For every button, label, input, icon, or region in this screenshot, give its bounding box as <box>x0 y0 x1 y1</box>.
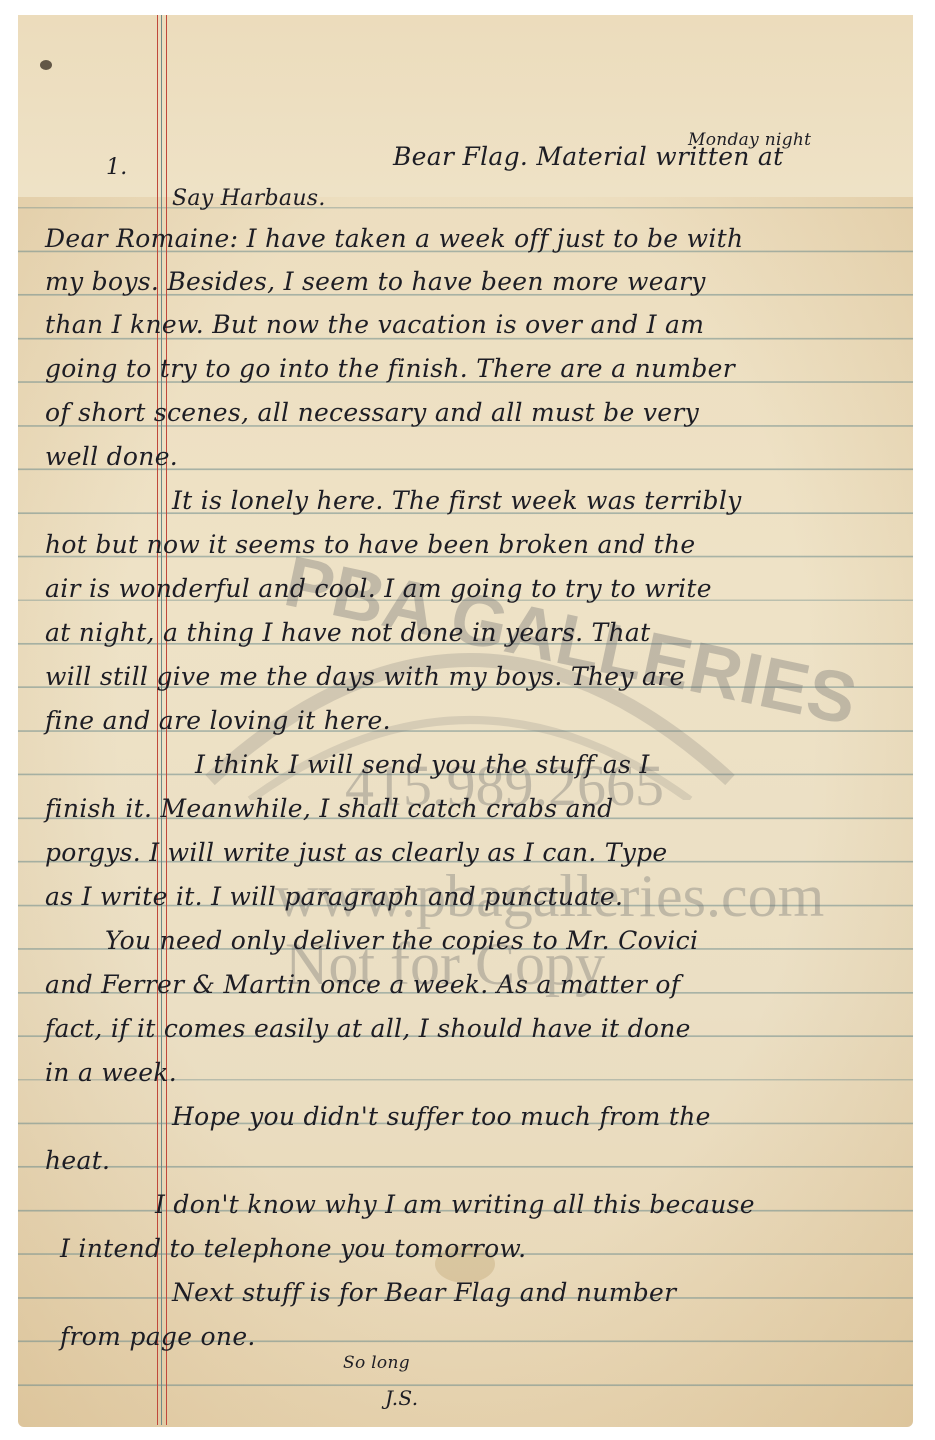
header-interlinear-note: Monday night <box>688 132 811 149</box>
letter-line: fact, if it comes easily at all, I shoul… <box>45 1016 691 1041</box>
letter-line: You need only deliver the copies to Mr. … <box>105 928 698 953</box>
letter-line: I don't know why I am writing all this b… <box>155 1192 755 1217</box>
letter-line: hot but now it seems to have been broken… <box>45 532 695 557</box>
letter-line: I intend to telephone you tomorrow. <box>60 1236 526 1261</box>
letter-line: well done. <box>45 444 178 469</box>
letter-line: than I knew. But now the vacation is ove… <box>45 312 704 337</box>
letter-line: from page one. <box>60 1324 256 1349</box>
letter-line: as I write it. I will paragraph and punc… <box>45 884 623 909</box>
signature: J.S. <box>385 1388 418 1408</box>
salutation-note: Say Harbaus. <box>172 188 326 210</box>
paper-hole <box>40 60 52 70</box>
letter-line: I think I will send you the stuff as I <box>195 752 650 777</box>
letter-line: air is wonderful and cool. I am going to… <box>45 576 712 601</box>
letter-line: It is lonely here. The first week was te… <box>172 488 742 513</box>
letter-line: Next stuff is for Bear Flag and number <box>172 1280 676 1305</box>
letter-line: heat. <box>45 1148 110 1173</box>
letter-line: at night, a thing I have not done in yea… <box>45 620 651 645</box>
letter-line: fine and are loving it here. <box>45 708 391 733</box>
letter-line: will still give me the days with my boys… <box>45 664 685 689</box>
letter-line: porgys. I will write just as clearly as … <box>45 840 668 865</box>
page-number: 1. <box>106 157 128 179</box>
letter-line: going to try to go into the finish. Ther… <box>45 356 735 381</box>
letter-line: in a week. <box>45 1060 177 1085</box>
letter-line: Dear Romaine: I have taken a week off ju… <box>45 226 743 251</box>
closing: So long <box>343 1355 410 1372</box>
letter-line: and Ferrer & Martin once a week. As a ma… <box>45 972 680 997</box>
letter-line: of short scenes, all necessary and all m… <box>45 400 699 425</box>
letter-line: my boys. Besides, I seem to have been mo… <box>45 269 706 294</box>
letter-line: Hope you didn't suffer too much from the <box>172 1104 711 1129</box>
letter-line: finish it. Meanwhile, I shall catch crab… <box>45 796 613 821</box>
